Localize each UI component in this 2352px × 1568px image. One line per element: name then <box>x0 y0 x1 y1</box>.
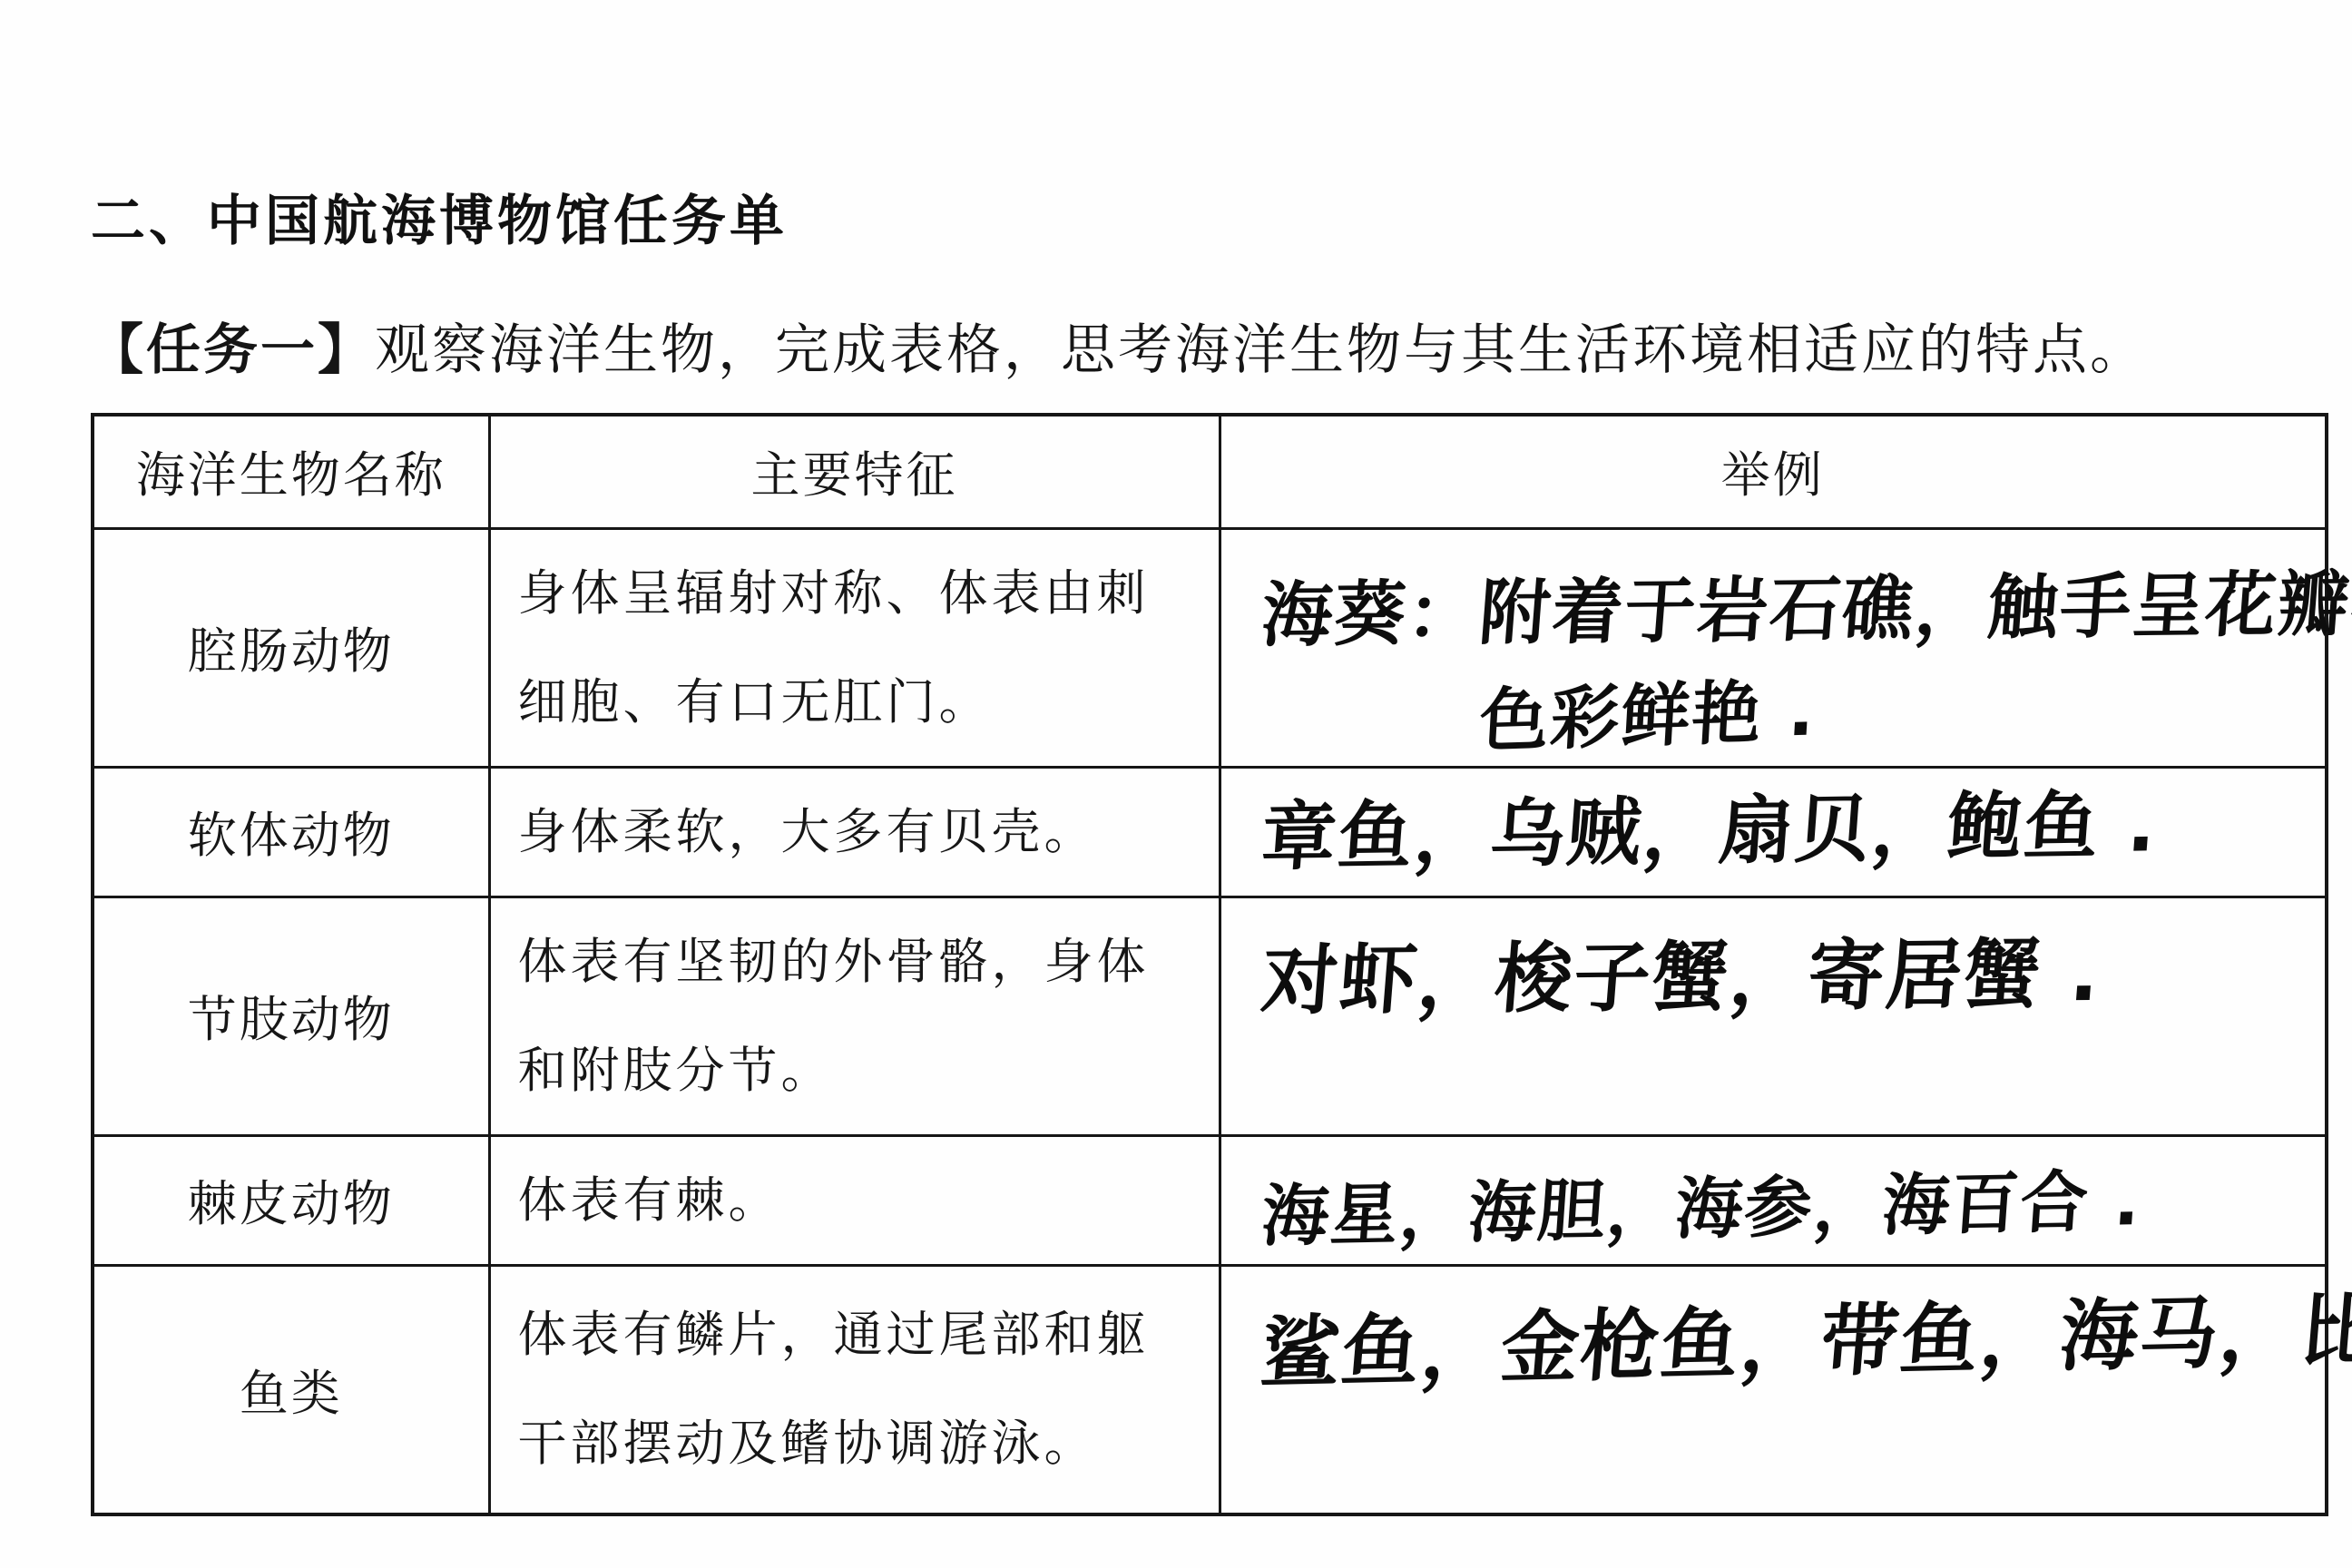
example-cell: 海星，海胆，海参，海百合 . <box>1220 1135 2327 1265</box>
marine-life-table: 海洋生物名称 主要特征 举例 腔肠动物 身体呈辐射对称、体表由刺细胞、有口无肛门… <box>91 413 2328 1516</box>
animal-name: 棘皮动物 <box>93 1135 489 1265</box>
worksheet-page: 二、中国航海博物馆任务单 【任务一】观察海洋生物，完成表格，思考海洋生物与其生活… <box>0 0 2352 1568</box>
animal-name: 鱼类 <box>93 1265 489 1514</box>
feature-text: 体表有棘。 <box>489 1135 1220 1265</box>
animal-name: 软体动物 <box>93 767 489 897</box>
handwritten-answer: 色彩鲜艳 . <box>1476 639 2326 764</box>
table-row-echinoderm: 棘皮动物 体表有棘。 海星，海胆，海参，海百合 . <box>93 1135 2327 1265</box>
example-cell: 对虾，梭子蟹，寄居蟹 . <box>1220 897 2327 1135</box>
feature-text: 体表有坚韧的外骨骼，身体和附肢分节。 <box>489 897 1220 1135</box>
example-cell: 章鱼，乌贼，扇贝，鲍鱼 . <box>1220 767 2327 897</box>
table-row-fish: 鱼类 体表有鳞片，通过尾部和躯干部摆动及鳍协调游泳。 鲨鱼，金枪鱼，带鱼，海马，… <box>93 1265 2327 1514</box>
animal-name: 节肢动物 <box>93 897 489 1135</box>
table-row-coelenterate: 腔肠动物 身体呈辐射对称、体表由刺细胞、有口无肛门。 海葵：附着于岩石礁，触手呈… <box>93 528 2327 767</box>
handwritten-answer: 章鱼，乌贼，扇贝，鲍鱼 . <box>1258 766 2161 885</box>
handwritten-answer: 海星，海胆，海参，海百合 . <box>1259 1148 2145 1259</box>
feature-text: 身体柔软，大多有贝壳。 <box>489 767 1220 897</box>
feature-text: 身体呈辐射对称、体表由刺细胞、有口无肛门。 <box>489 528 1220 767</box>
handwritten-answer: 鲨鱼，金枪鱼，带鱼，海马，比目鱼 <box>1257 1263 2352 1403</box>
task-instruction: 【任务一】观察海洋生物，完成表格，思考海洋生物与其生活环境相适应的特点。 <box>89 307 2147 385</box>
example-cell: 海葵：附着于岩石礁，触手呈花瓣状， 色彩鲜艳 . <box>1220 528 2327 767</box>
table-row-mollusc: 软体动物 身体柔软，大多有贝壳。 章鱼，乌贼，扇贝，鲍鱼 . <box>93 767 2327 897</box>
task-text: 观察海洋生物，完成表格，思考海洋生物与其生活环境相适应的特点。 <box>375 320 2147 380</box>
page-title: 二、中国航海博物馆任务单 <box>91 178 788 256</box>
col-header-examples: 举例 <box>1220 415 2327 528</box>
handwritten-answer: 对虾，梭子蟹，寄居蟹 . <box>1258 912 2106 1029</box>
col-header-name: 海洋生物名称 <box>93 415 489 528</box>
example-cell: 鲨鱼，金枪鱼，带鱼，海马，比目鱼 <box>1220 1265 2327 1514</box>
table-row-arthropod: 节肢动物 体表有坚韧的外骨骼，身体和附肢分节。 对虾，梭子蟹，寄居蟹 . <box>93 897 2327 1135</box>
animal-name: 腔肠动物 <box>93 528 489 767</box>
col-header-features: 主要特征 <box>489 415 1220 528</box>
header-row: 海洋生物名称 主要特征 举例 <box>93 415 2327 528</box>
feature-text: 体表有鳞片，通过尾部和躯干部摆动及鳍协调游泳。 <box>489 1265 1220 1514</box>
task-label: 【任务一】 <box>89 320 375 380</box>
